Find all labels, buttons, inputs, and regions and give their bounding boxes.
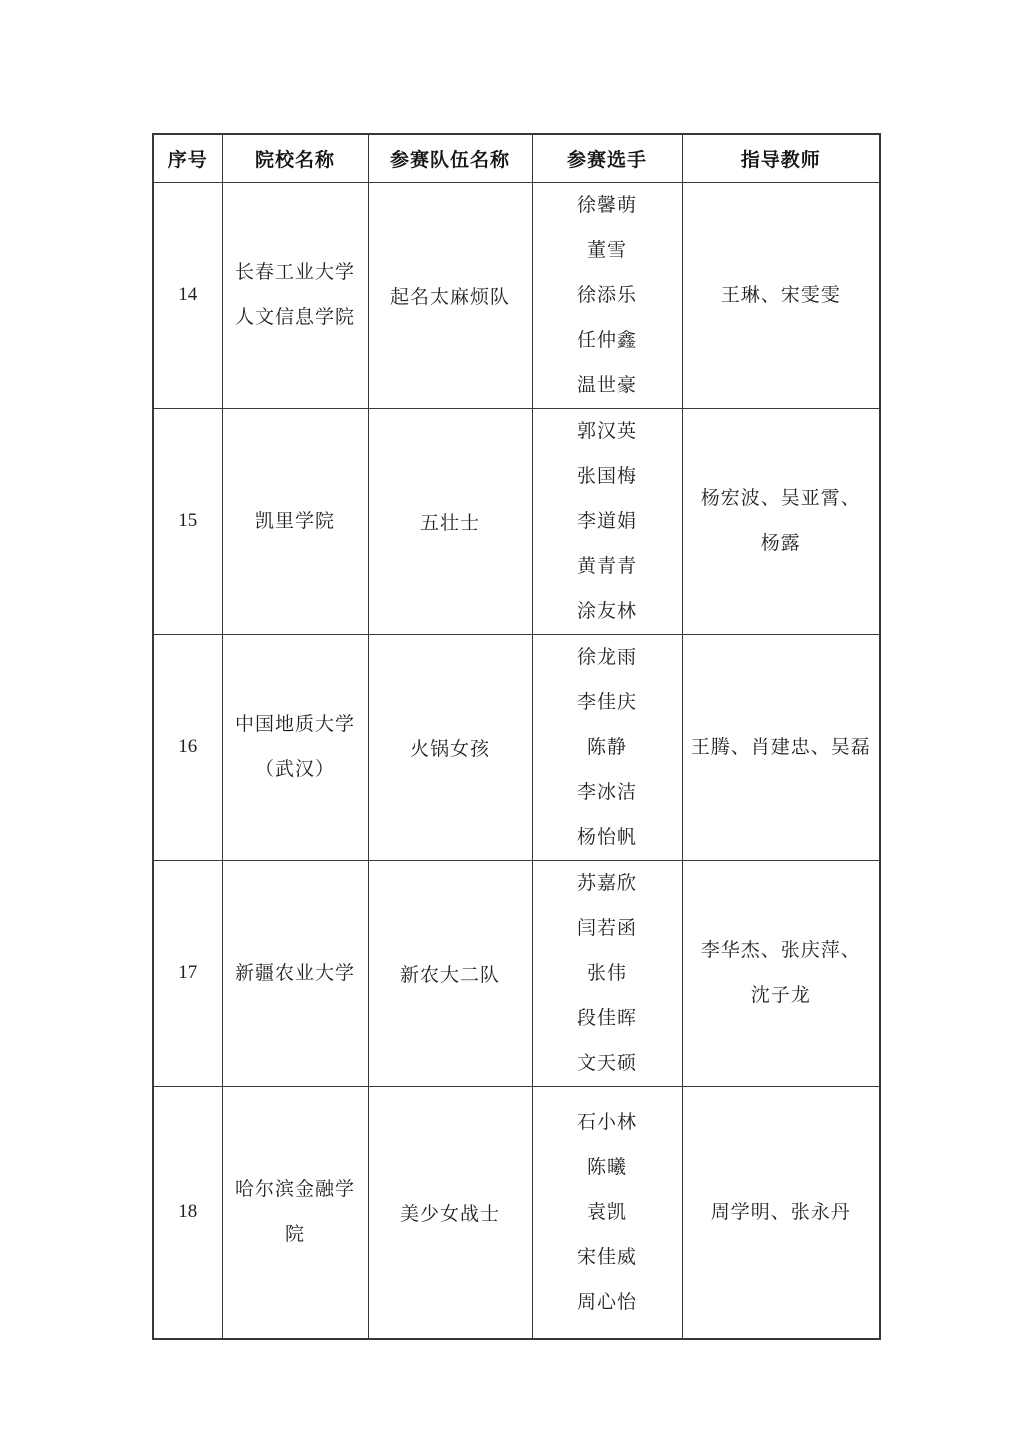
text-line: 院 [227, 1212, 364, 1257]
school-name: 中国地质大学（武汉） [222, 634, 368, 860]
text-line: 人文信息学院 [227, 295, 364, 340]
text-line: 董雪 [537, 228, 678, 273]
text-line: 王腾、肖建忠、吴磊 [687, 725, 876, 770]
text-line: 涂友林 [537, 589, 678, 634]
header-cell-school: 院校名称 [222, 134, 368, 182]
team-name: 美少女战士 [368, 1086, 532, 1339]
player-list: 石小林陈曦袁凯宋佳威周心怡 [532, 1086, 682, 1339]
row-number: 17 [153, 860, 222, 1086]
text-line: 袁凯 [537, 1190, 678, 1235]
player-list: 徐龙雨李佳庆陈静李冰洁杨怡帆 [532, 634, 682, 860]
text-line: 苏嘉欣 [537, 861, 678, 906]
text-line: 张国梅 [537, 454, 678, 499]
row-number: 18 [153, 1086, 222, 1339]
header-cell-team: 参赛队伍名称 [368, 134, 532, 182]
text-line: 温世豪 [537, 363, 678, 408]
text-line: 闫若函 [537, 906, 678, 951]
text-line: 张伟 [537, 951, 678, 996]
text-line: 沈子龙 [687, 973, 876, 1018]
teacher-list: 杨宏波、吴亚霄、杨露 [682, 408, 880, 634]
text-line: 郭汉英 [537, 409, 678, 454]
header-cell-no: 序号 [153, 134, 222, 182]
player-list: 徐馨萌董雪徐添乐任仲鑫温世豪 [532, 182, 682, 408]
teacher-list: 周学明、张永丹 [682, 1086, 880, 1339]
table-row: 14 长春工业大学人文信息学院 起名太麻烦队 徐馨萌董雪徐添乐任仲鑫温世豪 王琳… [153, 182, 880, 408]
text-line: 新疆农业大学 [227, 951, 364, 996]
team-roster-table: 序号 院校名称 参赛队伍名称 参赛选手 指导教师 14 长春工业大学人文信息学院… [152, 133, 881, 1340]
text-line: 杨宏波、吴亚霄、 [687, 476, 876, 521]
row-number: 15 [153, 408, 222, 634]
team-name: 新农大二队 [368, 860, 532, 1086]
text-line: 李佳庆 [537, 680, 678, 725]
text-line: 杨怡帆 [537, 815, 678, 860]
table-row: 16 中国地质大学（武汉） 火锅女孩 徐龙雨李佳庆陈静李冰洁杨怡帆 王腾、肖建忠… [153, 634, 880, 860]
text-line: 徐馨萌 [537, 183, 678, 228]
team-name: 起名太麻烦队 [368, 182, 532, 408]
header-cell-players: 参赛选手 [532, 134, 682, 182]
teacher-list: 王腾、肖建忠、吴磊 [682, 634, 880, 860]
text-line: 陈静 [537, 725, 678, 770]
text-line: 杨露 [687, 521, 876, 566]
text-line: 中国地质大学 [227, 702, 364, 747]
text-line: 徐添乐 [537, 273, 678, 318]
text-line: 文天硕 [537, 1041, 678, 1086]
text-line: 李华杰、张庆萍、 [687, 928, 876, 973]
text-line: 周学明、张永丹 [687, 1190, 876, 1235]
school-name: 凯里学院 [222, 408, 368, 634]
text-line: 哈尔滨金融学 [227, 1167, 364, 1212]
player-list: 郭汉英张国梅李道娟黄青青涂友林 [532, 408, 682, 634]
text-line: 凯里学院 [227, 499, 364, 544]
table-row: 17 新疆农业大学 新农大二队 苏嘉欣闫若函张伟段佳晖文天硕 李华杰、张庆萍、沈… [153, 860, 880, 1086]
table-row: 15 凯里学院 五壮士 郭汉英张国梅李道娟黄青青涂友林 杨宏波、吴亚霄、杨露 [153, 408, 880, 634]
text-line: 王琳、宋雯雯 [687, 273, 876, 318]
document-page: 序号 院校名称 参赛队伍名称 参赛选手 指导教师 14 长春工业大学人文信息学院… [0, 0, 1024, 1448]
text-line: 徐龙雨 [537, 635, 678, 680]
text-line: （武汉） [227, 747, 364, 792]
teacher-list: 王琳、宋雯雯 [682, 182, 880, 408]
row-number: 14 [153, 182, 222, 408]
text-line: 黄青青 [537, 544, 678, 589]
school-name: 新疆农业大学 [222, 860, 368, 1086]
text-line: 宋佳威 [537, 1235, 678, 1280]
player-list: 苏嘉欣闫若函张伟段佳晖文天硕 [532, 860, 682, 1086]
text-line: 陈曦 [537, 1145, 678, 1190]
text-line: 长春工业大学 [227, 250, 364, 295]
header-cell-teachers: 指导教师 [682, 134, 880, 182]
text-line: 李冰洁 [537, 770, 678, 815]
row-number: 16 [153, 634, 222, 860]
team-name: 五壮士 [368, 408, 532, 634]
text-line: 任仲鑫 [537, 318, 678, 363]
table-header-row: 序号 院校名称 参赛队伍名称 参赛选手 指导教师 [153, 134, 880, 182]
school-name: 哈尔滨金融学院 [222, 1086, 368, 1339]
text-line: 段佳晖 [537, 996, 678, 1041]
text-line: 李道娟 [537, 499, 678, 544]
school-name: 长春工业大学人文信息学院 [222, 182, 368, 408]
table-row: 18 哈尔滨金融学院 美少女战士 石小林陈曦袁凯宋佳威周心怡 周学明、张永丹 [153, 1086, 880, 1339]
text-line: 周心怡 [537, 1280, 678, 1325]
team-name: 火锅女孩 [368, 634, 532, 860]
text-line: 石小林 [537, 1100, 678, 1145]
teacher-list: 李华杰、张庆萍、沈子龙 [682, 860, 880, 1086]
